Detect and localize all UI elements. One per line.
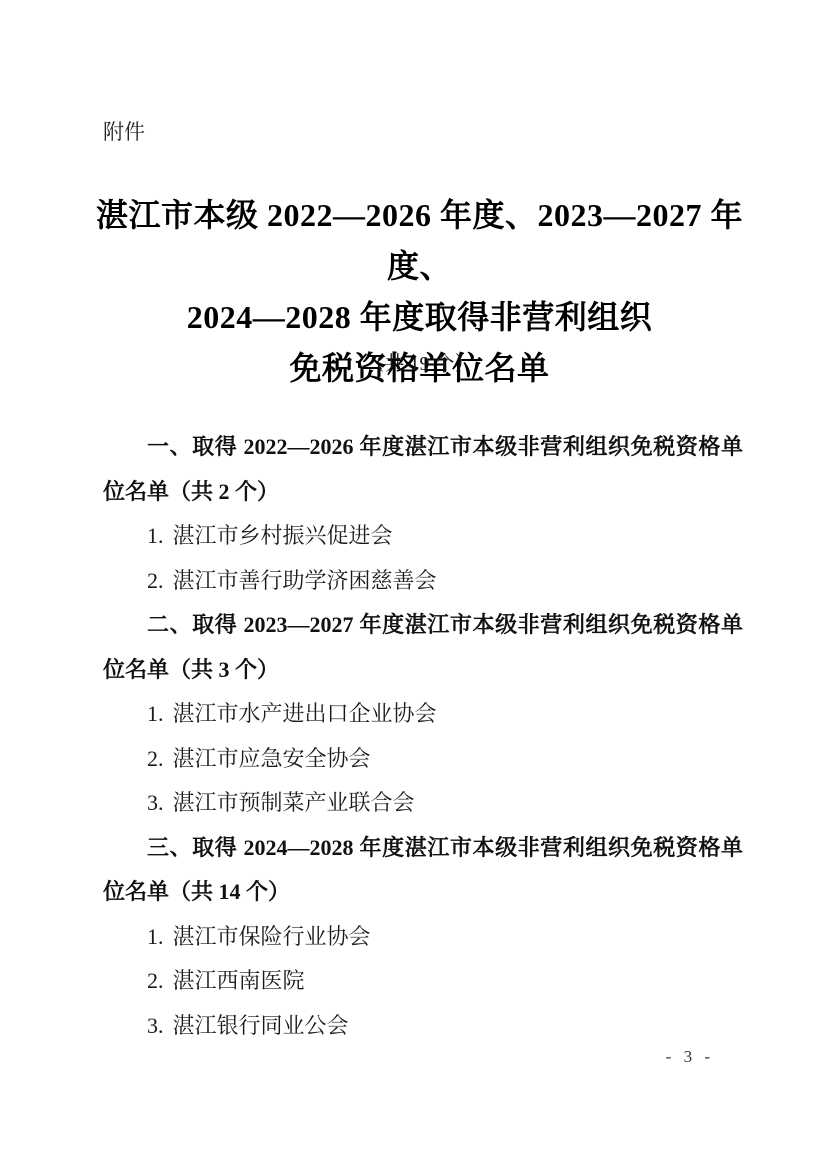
section-2-heading: 二、取得 2023—2027 年度湛江市本级非营利组织免税资格单位名单（共 3 …	[103, 603, 743, 692]
item-number: 3.	[147, 790, 164, 815]
section-2-item-1: 1.湛江市水产进出口企业协会	[103, 692, 743, 737]
item-number: 2.	[147, 746, 164, 771]
document-page: 附件 湛江市本级 2022—2026 年度、2023—2027 年度、 2024…	[0, 0, 827, 1169]
item-number: 2.	[147, 568, 164, 593]
organization-name: 湛江市预制菜产业联合会	[173, 790, 415, 815]
organization-name: 湛江市乡村振兴促进会	[173, 523, 393, 548]
section-3-item-3: 3.湛江银行同业公会	[103, 1004, 743, 1049]
item-number: 1.	[147, 701, 164, 726]
section-1-heading: 一、取得 2022—2026 年度湛江市本级非营利组织免税资格单位名单（共 2 …	[103, 425, 743, 514]
organization-name: 湛江市保险行业协会	[173, 924, 371, 949]
document-title-line-2: 2024—2028 年度取得非营利组织	[90, 292, 749, 343]
page-number: - 3 -	[666, 1045, 710, 1069]
document-title-line-1: 湛江市本级 2022—2026 年度、2023—2027 年度、	[90, 190, 749, 292]
section-3-item-1: 1.湛江市保险行业协会	[103, 915, 743, 960]
organization-name: 湛江银行同业公会	[173, 1013, 349, 1038]
section-1-item-1: 1.湛江市乡村振兴促进会	[103, 514, 743, 559]
section-1-item-2: 2.湛江市善行助学济困慈善会	[103, 559, 743, 604]
section-3-heading: 三、取得 2024—2028 年度湛江市本级非营利组织免税资格单位名单（共 14…	[103, 826, 743, 915]
organization-name: 湛江市应急安全协会	[173, 746, 371, 771]
document-subtitle-count: （共 19 个）	[90, 349, 749, 379]
organization-name: 湛江西南医院	[173, 968, 305, 993]
item-number: 3.	[147, 1013, 164, 1038]
organization-name: 湛江市水产进出口企业协会	[173, 701, 437, 726]
attachment-label: 附件	[103, 117, 145, 147]
section-2-item-2: 2.湛江市应急安全协会	[103, 737, 743, 782]
item-number: 2.	[147, 968, 164, 993]
item-number: 1.	[147, 523, 164, 548]
document-body: 一、取得 2022—2026 年度湛江市本级非营利组织免税资格单位名单（共 2 …	[103, 425, 743, 1048]
item-number: 1.	[147, 924, 164, 949]
section-2-item-3: 3.湛江市预制菜产业联合会	[103, 781, 743, 826]
section-3-item-2: 2.湛江西南医院	[103, 959, 743, 1004]
organization-name: 湛江市善行助学济困慈善会	[173, 568, 437, 593]
